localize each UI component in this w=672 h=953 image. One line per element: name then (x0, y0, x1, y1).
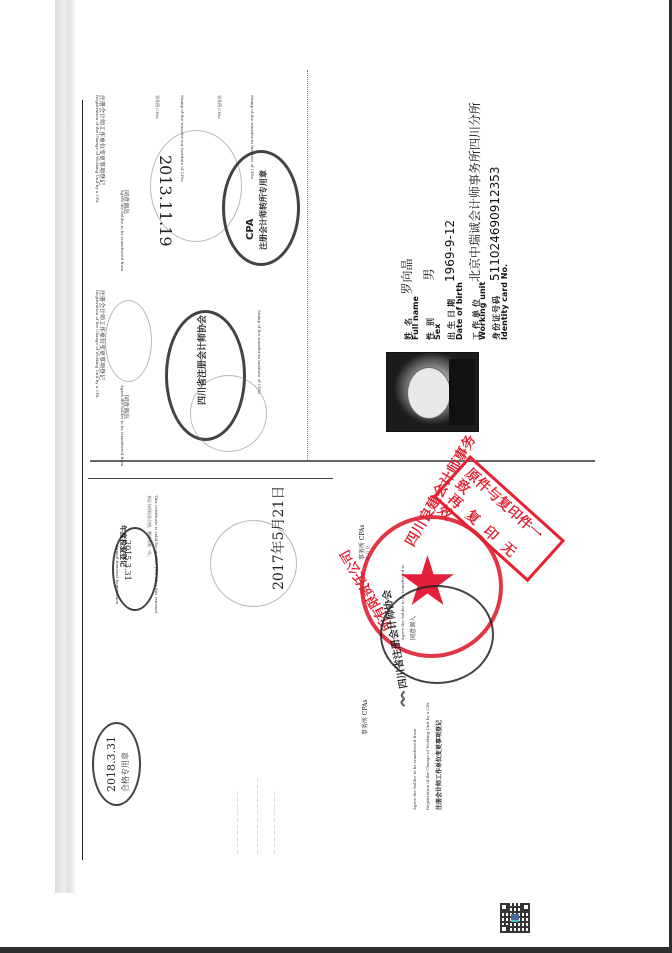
cpa-assoc-stamp-text-2: 四川省注册会计师协会 (195, 315, 208, 405)
transfer-title-cn-bottom: 注册会计师工作单位变更事项登记 (434, 720, 443, 810)
name-value: 罗向晶 (400, 259, 414, 295)
handwritten-signature: 〰️ (394, 690, 410, 707)
unit-label-en: Working unit (478, 282, 487, 340)
photo-background (449, 359, 475, 425)
renewal-stamp-date-1: 2015.3.31 (123, 540, 132, 581)
agree-in-en-bottom: Agree the holder to be transferred to (400, 565, 405, 640)
dob-row-en: Date of birth (452, 282, 465, 340)
qr-finder-tr (522, 903, 530, 911)
sex-row-en: Sex (430, 324, 443, 340)
date-labels-bottom: 年 月 日 (365, 545, 371, 560)
unit-value: 北京中瑞诚会计师事务所四川分所 (468, 102, 482, 282)
booklet-center-fold (307, 70, 309, 460)
idno-label-en: Identity card No. (500, 264, 509, 340)
unit-row-en: Working unit (475, 282, 488, 340)
dob-value: 1969-9-12 (443, 220, 457, 282)
viewer-frame-bottom (0, 947, 672, 953)
photo-face (407, 367, 451, 419)
renewal-handwritten-date: 2017年5月21日 (268, 486, 288, 590)
holder-photo (386, 352, 479, 432)
faint-footer-text-2: — — — — — — — — — — — — (255, 778, 261, 855)
renewal-stamp-text-2: 合格专用章 (120, 752, 131, 792)
faint-footer-text-3: — — — — — — — — — — (272, 791, 278, 855)
dob-label-en: Date of birth (455, 282, 464, 340)
document-page: 注册会计师工作单位变更事项登记 Registration of the Chan… (0, 0, 669, 947)
cpa-stamp-special-1: 注册会计师转所专用章 (258, 170, 269, 250)
agree-out-en-bottom: Agree the holder to be transferred from (412, 729, 417, 810)
agree-in-cn-bottom: 同意调入 (408, 616, 417, 640)
transfer-title-en-1: Registration of the Change of Working Un… (95, 95, 100, 203)
faint-stamp-3 (105, 300, 152, 382)
sex-value: 男 (422, 269, 436, 281)
qr-finder-tl (500, 903, 508, 911)
cpa-stamp-text-1: CPA (245, 219, 256, 241)
transfer-title-en-bottom: Registration of the Change of Working Un… (425, 702, 430, 810)
handwritten-date-1: 2013.11.19 (156, 155, 175, 247)
stamp-in-en-2: Stamp of the transfer-in Institute of CP… (257, 310, 262, 394)
qr-code[interactable] (500, 903, 530, 933)
renewal-stamp-date-2: 2018.3.31 (105, 736, 118, 792)
booklet-fold-line (90, 460, 595, 462)
idno-row-en: Identity card No. (497, 264, 510, 340)
cpa-label-2: 事务所 CPAs (216, 95, 222, 119)
booklet-border-line (82, 100, 83, 860)
renewal-stamp-1 (112, 527, 158, 611)
cpa-label-bottom-2: 事务所 CPAs (360, 700, 369, 735)
agree-out-cn-2: 同意调出 (122, 395, 131, 419)
faint-footer-text-1: — — — — — — — — — — (235, 791, 241, 855)
booklet-page-edge (88, 478, 333, 479)
agree-out-cn-1: 同意调出 (122, 190, 131, 214)
scan-edge-shadow (55, 0, 75, 893)
qr-finder-bl (500, 925, 508, 933)
sex-label-en: Sex (433, 324, 442, 340)
qr-logo-icon (511, 914, 519, 922)
name-label-en: Full name (411, 296, 420, 340)
transfer-title-en-2: Registration of the Change of Working Un… (95, 290, 100, 398)
cpa-label-1: 事务所 CPAs (154, 95, 160, 119)
